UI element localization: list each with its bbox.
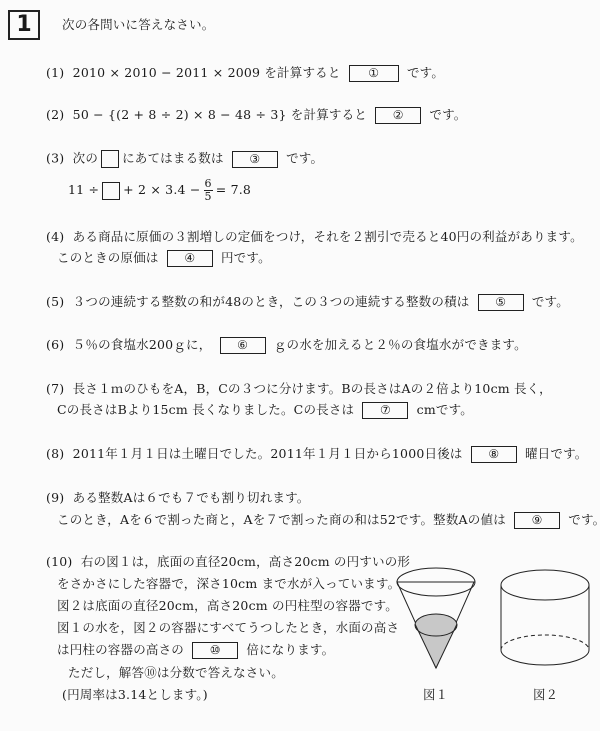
answer-box-7[interactable]: ⑦	[362, 402, 408, 419]
problem-text: は円柱の容器の高さの	[57, 642, 184, 657]
problem-text: 2010 × 2010 − 2011 × 2009 を計算すると	[73, 65, 341, 80]
fraction: 65	[204, 178, 213, 203]
problem-text: 次の	[73, 151, 98, 166]
equation-result: = 7.8	[216, 182, 251, 197]
problem-10-line1: (10) 右の図１は，底面の直径20cm，高さ20cm の円すいの形	[46, 554, 410, 570]
problem-text: 2011年１月１日は土曜日でした。2011年１月１日から1000日後は	[73, 446, 463, 461]
equation-right: + 2 × 3.4 −	[123, 182, 200, 197]
answer-box-4[interactable]: ④	[167, 250, 213, 267]
answer-box-6[interactable]: ⑥	[220, 337, 266, 354]
problem-number: (9)	[46, 490, 64, 505]
problem-number: (7)	[46, 381, 64, 396]
figures-diagram	[385, 560, 595, 680]
problem-10-line2: をさかさにした容器で，深さ10cm まで水が入っています。	[57, 576, 400, 592]
problem-text-after: です。	[407, 65, 444, 80]
answer-box-3[interactable]: ③	[232, 151, 278, 168]
problem-number: (3)	[46, 151, 64, 166]
problem-10-line4: 図１の水を，図２の容器にすべてうつしたとき，水面の高さ	[57, 620, 399, 636]
equation-3: 11 ÷+ 2 × 3.4 −65= 7.8	[68, 178, 251, 203]
problem-text-after: cmです。	[417, 402, 473, 417]
problem-text: ５％の食塩水200ｇに，	[73, 337, 212, 352]
problem-7-line1: (7) 長さ１ｍのひもをA，B，Cの３つに分けます。Bの長さはAの２倍より10c…	[46, 381, 552, 397]
problem-10-note2: (円周率は3.14とします。)	[62, 687, 208, 703]
problem-number: (10)	[46, 554, 72, 569]
problem-10-note1: ただし，解答⑩は分数で答えなさい。	[68, 665, 284, 681]
problem-number: (8)	[46, 446, 64, 461]
problem-6: (6) ５％の食塩水200ｇに， ⑥ ｇの水を加えると２％の食塩水ができます。	[46, 337, 527, 354]
problem-number: (4)	[46, 229, 64, 244]
problem-number: (6)	[46, 337, 64, 352]
problem-text: ある商品に原価の３割増しの定価をつけ，それを２割引で売ると40円の利益があります…	[73, 229, 583, 244]
problem-7-line2: Cの長さはBより15cm 長くなりました。Cの長さは ⑦ cmです。	[57, 402, 473, 419]
cylinder-figure-icon	[501, 570, 589, 665]
figure-2-label: 図２	[533, 685, 558, 703]
problem-number: (5)	[46, 294, 64, 309]
equation-left: 11 ÷	[68, 182, 99, 197]
problem-10-line5: は円柱の容器の高さの ⑩ 倍になります。	[57, 642, 334, 659]
problem-4-line1: (4) ある商品に原価の３割増しの定価をつけ，それを２割引で売ると40円の利益が…	[46, 229, 583, 245]
problem-text-after: です。	[568, 512, 600, 527]
answer-box-9[interactable]: ⑨	[514, 512, 560, 529]
problem-text-after: です。	[429, 107, 466, 122]
problem-text: ある整数Aは６でも７でも割り切れます。	[73, 490, 310, 505]
problem-text-after: です。	[532, 294, 569, 309]
problem-text-after: 円です。	[221, 250, 271, 265]
cone-figure-icon	[397, 568, 475, 668]
problem-8: (8) 2011年１月１日は土曜日でした。2011年１月１日から1000日後は …	[46, 446, 588, 463]
problem-number: (1)	[46, 65, 64, 80]
problem-10-line3: 図２は底面の直径20cm，高さ20cm の円柱型の容器です。	[57, 598, 398, 614]
problem-9-line2: このとき，Aを６で割った商と，Aを７で割った商の和は52です。整数Aの値は ⑨ …	[57, 512, 600, 529]
problem-text: このときの原価は	[57, 250, 159, 265]
problem-text: ３つの連続する整数の和が48のとき，この３つの連続する整数の積は	[73, 294, 470, 309]
problem-1: (1) 2010 × 2010 − 2011 × 2009 を計算すると ① で…	[46, 65, 444, 82]
problem-9-line1: (9) ある整数Aは６でも７でも割り切れます。	[46, 490, 310, 506]
problem-5: (5) ３つの連続する整数の和が48のとき，この３つの連続する整数の積は ⑤ で…	[46, 294, 569, 311]
problem-text-mid: にあてはまる数は	[122, 151, 224, 166]
problem-3: (3) 次のにあてはまる数は ③ です。	[46, 150, 323, 168]
problem-text: Cの長さはBより15cm 長くなりました。Cの長さは	[57, 402, 354, 417]
problem-text-after: 曜日です。	[525, 446, 588, 461]
answer-box-5[interactable]: ⑤	[478, 294, 524, 311]
problem-4-line2: このときの原価は ④ 円です。	[57, 250, 271, 267]
problem-2: (2) 50 − {(2 + 8 ÷ 2) × 8 − 48 ÷ 3} を計算す…	[46, 107, 467, 124]
problem-text: このとき，Aを６で割った商と，Aを７で割った商の和は52です。整数Aの値は	[57, 512, 506, 527]
problem-text-after: ｇの水を加えると２％の食塩水ができます。	[274, 337, 527, 352]
problem-text-after: 倍になります。	[246, 642, 334, 657]
answer-box-1[interactable]: ①	[349, 65, 399, 82]
figure-1-label: 図１	[423, 685, 448, 703]
problem-text: 右の図１は，底面の直径20cm，高さ20cm の円すいの形	[81, 554, 410, 569]
answer-box-2[interactable]: ②	[375, 107, 421, 124]
problem-number: (2)	[46, 107, 64, 122]
instruction-text: 次の各問いに答えなさい。	[62, 17, 214, 33]
problem-text: 長さ１ｍのひもをA，B，Cの３つに分けます。Bの長さはAの２倍より10cm 長く…	[73, 381, 552, 396]
section-number: 1	[8, 10, 40, 40]
problem-text-after: です。	[286, 151, 323, 166]
blank-square	[101, 150, 119, 168]
answer-box-8[interactable]: ⑧	[471, 446, 517, 463]
problem-text: 50 − {(2 + 8 ÷ 2) × 8 − 48 ÷ 3} を計算すると	[73, 107, 367, 122]
answer-box-10[interactable]: ⑩	[192, 642, 238, 659]
blank-square	[102, 182, 120, 200]
